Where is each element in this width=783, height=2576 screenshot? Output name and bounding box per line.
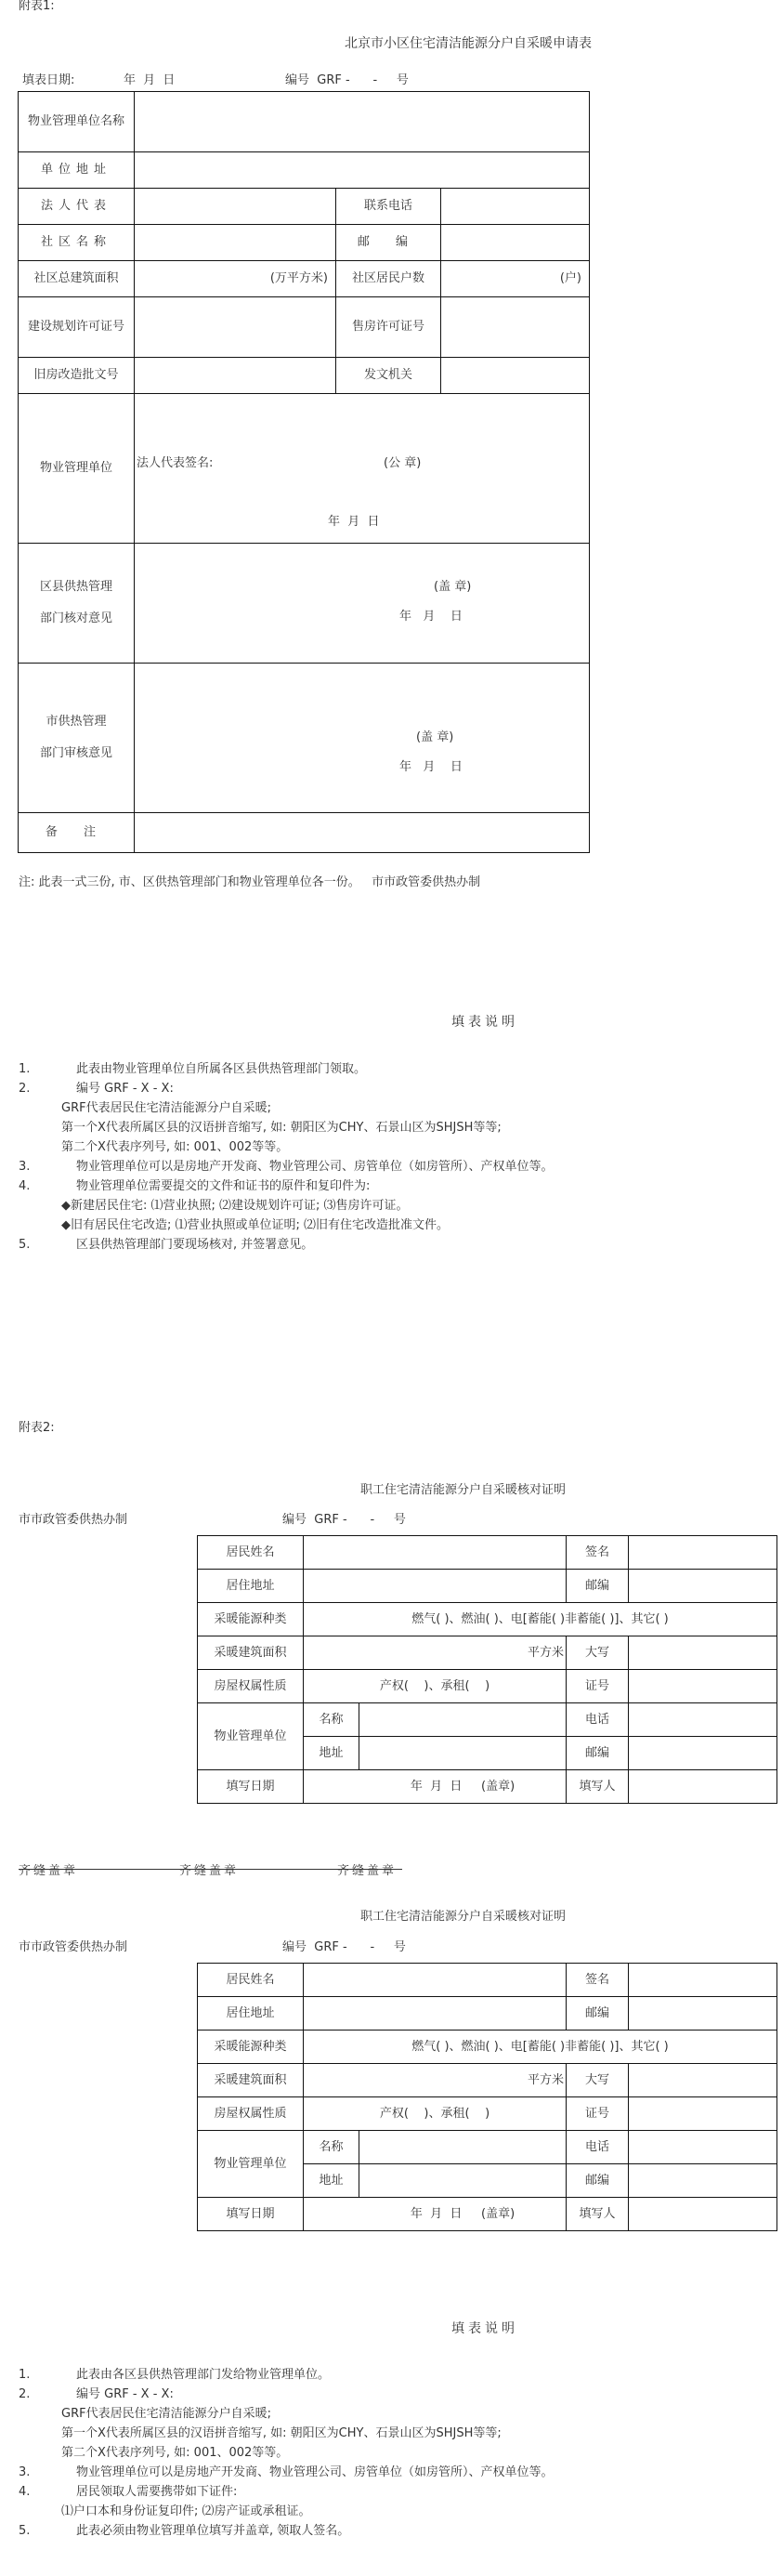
label-postcode: 邮编 [567,1997,629,2031]
label-sales-permit: 售房许可证号 [336,297,441,358]
fill-date-value[interactable]: 年 月 日 [124,74,175,86]
unit-10k-sqm: (万平方米) [270,271,328,285]
field-postcode[interactable] [629,1997,777,2031]
field-energy-type-options[interactable]: 燃气( )、燃油( )、电[蓄能( )非蓄能( )]、其它( ) [304,1603,777,1636]
city-review-line1: 市供热管理 [46,715,106,729]
label-ownership: 房屋权属性质 [198,2097,304,2131]
label-remarks: 备 注 [19,813,135,853]
label-signature: 签名 [567,1964,629,1997]
form2-copy-serial-number[interactable]: 编号 GRF - - 号 [282,1941,406,1953]
instruction-text: 编号 GRF - X - X: [76,2385,174,2404]
instruction-text: 此表由各区县供热管理部门发给物业管理单位。 [76,2365,330,2385]
label-company-postcode: 邮编 [567,2164,629,2198]
label-property-company-name: 物业管理单位名称 [19,92,135,152]
instruction-text: ⑴户口本和身份证复印件; ⑵房产证或承租证。 [61,2502,311,2521]
field-energy-type-options[interactable]: 燃气( )、燃油( )、电[蓄能( )非蓄能( )]、其它( ) [304,2031,777,2064]
label-contact-phone: 联系电话 [336,189,441,225]
instruction-text: 第一个X代表所属区县的汉语拼音缩写, 如: 朝阳区为CHY、石景山区为SHJSH… [61,2424,502,2443]
field-resident-name[interactable] [304,1964,567,1997]
field-phone[interactable] [629,2131,777,2164]
field-property-company-name[interactable] [135,92,590,152]
field-issuing-authority[interactable] [441,358,590,394]
label-legal-rep: 法人代表 [19,189,135,225]
instruction-text: 物业管理单位可以是房地产开发商、物业管理公司、房管单位（如房管所）、产权单位等。 [76,2463,554,2482]
form2-serial-number[interactable]: 编号 GRF - - 号 [282,1514,406,1526]
label-total-floor-area: 社区总建筑面积 [19,261,135,297]
signature-date: 年 月 日 [328,516,380,528]
label-resident-name: 居民姓名 [198,1964,304,1997]
label-phone: 电话 [567,1703,629,1737]
field-uppercase[interactable] [629,1636,777,1670]
district-review-date: 年 月 日 [399,611,463,623]
seal-label-1: 齐缝盖章 [19,1860,78,1878]
instruction-number: 2. [19,1079,30,1098]
serial-number[interactable]: 编号 GRF - - 号 [285,74,409,86]
district-stamp-label: (盖 章) [434,581,471,593]
label-company-postcode: 邮编 [567,1737,629,1770]
district-review-line2: 部门核对意见 [40,611,112,625]
instruction-text: 此表必须由物业管理单位填写并盖章, 领取人签名。 [76,2521,349,2541]
label-postcode: 邮编 [567,1570,629,1603]
label-filler: 填写人 [567,1770,629,1804]
field-company-name[interactable] [359,2131,567,2164]
label-company-name: 名称 [304,1703,359,1737]
verification-form-table-1: 居民姓名 签名 居住地址 邮编 采暖能源种类 燃气( )、燃油( )、电[蓄能(… [197,1535,777,1804]
city-review-line2: 部门审核意见 [40,746,112,760]
field-total-floor-area[interactable]: (万平方米) [135,261,336,297]
instruction-number: 1. [19,2365,30,2385]
instruction-number: 4. [19,2482,30,2502]
field-company-address[interactable] [359,1737,567,1770]
label-heating-area: 采暖建筑面积 [198,2064,304,2097]
label-city-review: 市供热管理 部门审核意见 [19,664,135,813]
instruction-text: 物业管理单位可以是房地产开发商、物业管理公司、房管单位（如房管所）、产权单位等。 [76,1157,554,1176]
label-renovation-approval: 旧房改造批文号 [19,358,135,394]
field-uppercase[interactable] [629,2064,777,2097]
instruction-text: 区县供热管理部门要现场核对, 并签署意见。 [76,1235,313,1255]
field-legal-rep[interactable] [135,189,336,225]
instructions2-title: 填表说明 [451,2319,518,2337]
instruction-number: 2. [19,2385,30,2404]
form2-copy-title: 职工住宅清洁能源分户自采暖核对证明 [360,1911,566,1923]
instruction-text: GRF代表居民住宅清洁能源分户自采暖; [61,1098,271,1118]
field-households[interactable]: (户) [441,261,590,297]
field-signature[interactable] [629,1964,777,1997]
verification-form-table-2: 居民姓名 签名 居住地址 邮编 采暖能源种类 燃气( )、燃油( )、电[蓄能(… [197,1963,777,2231]
attachment-1-label: 附表1: [19,0,55,12]
field-resident-name[interactable] [304,1536,567,1570]
instructions1-title: 填表说明 [451,1012,518,1031]
field-renovation-approval[interactable] [135,358,336,394]
field-fill-date[interactable]: 年 月 日 (盖章) [304,1770,567,1804]
label-property-company: 物业管理单位 [198,1703,304,1770]
field-filler[interactable] [629,2198,777,2231]
label-fill-date: 填写日期 [198,1770,304,1804]
label-signature: 签名 [567,1536,629,1570]
label-issuing-authority: 发文机关 [336,358,441,394]
label-uppercase: 大写 [567,2064,629,2097]
label-resident-name: 居民姓名 [198,1536,304,1570]
city-review-date: 年 月 日 [399,761,463,773]
form1-note: 注: 此表一式三份, 市、区供热管理部门和物业管理单位各一份。 市市政管委供热办… [19,876,480,888]
label-unit-address: 单位地址 [19,152,135,189]
instruction-number: 3. [19,2463,30,2482]
field-property-company-signature[interactable]: 法人代表签名: (公 章) 年 月 日 [135,394,590,544]
form2-copy-issuer: 市市政管委供热办制 [19,1941,127,1953]
instruction-text: 第二个X代表序列号, 如: 001、002等等。 [61,2443,288,2463]
instruction-number: 3. [19,1157,30,1176]
legal-rep-signature-label: 法人代表签名: [137,457,213,469]
instruction-number: 4. [19,1176,30,1196]
field-fill-date[interactable]: 年 月 日 (盖章) [304,2198,567,2231]
label-heating-area: 采暖建筑面积 [198,1636,304,1670]
label-phone: 电话 [567,2131,629,2164]
label-construction-permit: 建设规划许可证号 [19,297,135,358]
label-certificate-no: 证号 [567,2097,629,2131]
field-residence-address[interactable] [304,1570,567,1603]
official-seal-label: (公 章) [384,457,421,469]
application-form-table: 物业管理单位名称 单位地址 法人代表 联系电话 社区名称 邮 编 社区总建筑面积… [18,91,590,853]
field-postcode[interactable] [629,1570,777,1603]
field-company-postcode[interactable] [629,1737,777,1770]
field-certificate-no[interactable] [629,1670,777,1703]
seal-label-3: 齐缝盖章 [337,1860,397,1878]
instruction-text: 编号 GRF - X - X: [76,1079,174,1098]
instruction-text: 此表由物业管理单位自所属各区县供热管理部门领取。 [76,1059,366,1079]
district-review-line1: 区县供热管理 [40,580,112,594]
label-households: 社区居民户数 [336,261,441,297]
form1-title: 北京市小区住宅清洁能源分户自采暖申请表 [345,37,592,50]
instruction-text: 居民领取人需要携带如下证件: [76,2482,237,2502]
field-unit-address[interactable] [135,152,590,189]
label-residence-address: 居住地址 [198,1570,304,1603]
field-construction-permit[interactable] [135,297,336,358]
instruction-number: 5. [19,1235,30,1255]
label-fill-date: 填写日期 [198,2198,304,2231]
field-sales-permit[interactable] [441,297,590,358]
field-filler[interactable] [629,1770,777,1804]
attachment-2-label: 附表2: [19,1422,55,1434]
label-ownership: 房屋权属性质 [198,1670,304,1703]
field-ownership-options[interactable]: 产权( )、承租( ) [304,1670,567,1703]
label-property-company: 物业管理单位 [19,394,135,544]
field-phone[interactable] [629,1703,777,1737]
field-company-name[interactable] [359,1703,567,1737]
label-postcode: 邮 编 [336,225,441,261]
instruction-number: 5. [19,2521,30,2541]
field-district-review[interactable]: (盖 章) 年 月 日 [135,544,590,664]
field-ownership-options[interactable]: 产权( )、承租( ) [304,2097,567,2131]
label-company-address: 地址 [304,1737,359,1770]
field-company-postcode[interactable] [629,2164,777,2198]
label-property-company: 物业管理单位 [198,2131,304,2198]
unit-households: (户) [560,271,581,285]
field-remarks[interactable] [135,813,590,853]
field-heating-area[interactable]: 平方米 [304,2064,567,2097]
label-certificate-no: 证号 [567,1670,629,1703]
field-postcode[interactable] [441,225,590,261]
field-heating-area[interactable]: 平方米 [304,1636,567,1670]
instruction-text: 第二个X代表序列号, 如: 001、002等等。 [61,1137,288,1157]
instruction-text: 第一个X代表所属区县的汉语拼音缩写, 如: 朝阳区为CHY、石景山区为SHJSH… [61,1118,502,1137]
label-uppercase: 大写 [567,1636,629,1670]
label-filler: 填写人 [567,2198,629,2231]
fill-date-label: 填表日期: [22,74,74,86]
instruction-text: 物业管理单位需要提交的文件和证书的原件和复印件为: [76,1176,370,1196]
form2-title: 职工住宅清洁能源分户自采暖核对证明 [360,1484,566,1496]
field-community-name[interactable] [135,225,336,261]
label-energy-type: 采暖能源种类 [198,2031,304,2064]
instruction-text: ◆旧有居民住宅改造; ⑴营业执照或单位证明; ⑵旧有住宅改造批准文件。 [61,1216,449,1235]
label-district-review: 区县供热管理 部门核对意见 [19,544,135,664]
label-company-address: 地址 [304,2164,359,2198]
field-city-review[interactable]: (盖 章) 年 月 日 [135,664,590,813]
unit-sqm: 平方米 [528,2073,564,2087]
label-energy-type: 采暖能源种类 [198,1603,304,1636]
field-contact-phone[interactable] [441,189,590,225]
instruction-text: GRF代表居民住宅清洁能源分户自采暖; [61,2404,271,2424]
field-residence-address[interactable] [304,1997,567,2031]
seal-label-2: 齐缝盖章 [179,1860,239,1878]
instruction-number: 1. [19,1059,30,1079]
city-stamp-label: (盖 章) [416,731,453,743]
instruction-text: ◆新建居民住宅: ⑴营业执照; ⑵建设规划许可证; ⑶售房许可证。 [61,1196,409,1216]
field-signature[interactable] [629,1536,777,1570]
field-company-address[interactable] [359,2164,567,2198]
label-company-name: 名称 [304,2131,359,2164]
field-certificate-no[interactable] [629,2097,777,2131]
label-community-name: 社区名称 [19,225,135,261]
label-residence-address: 居住地址 [198,1997,304,2031]
unit-sqm: 平方米 [528,1646,564,1660]
form2-issuer: 市市政管委供热办制 [19,1514,127,1526]
